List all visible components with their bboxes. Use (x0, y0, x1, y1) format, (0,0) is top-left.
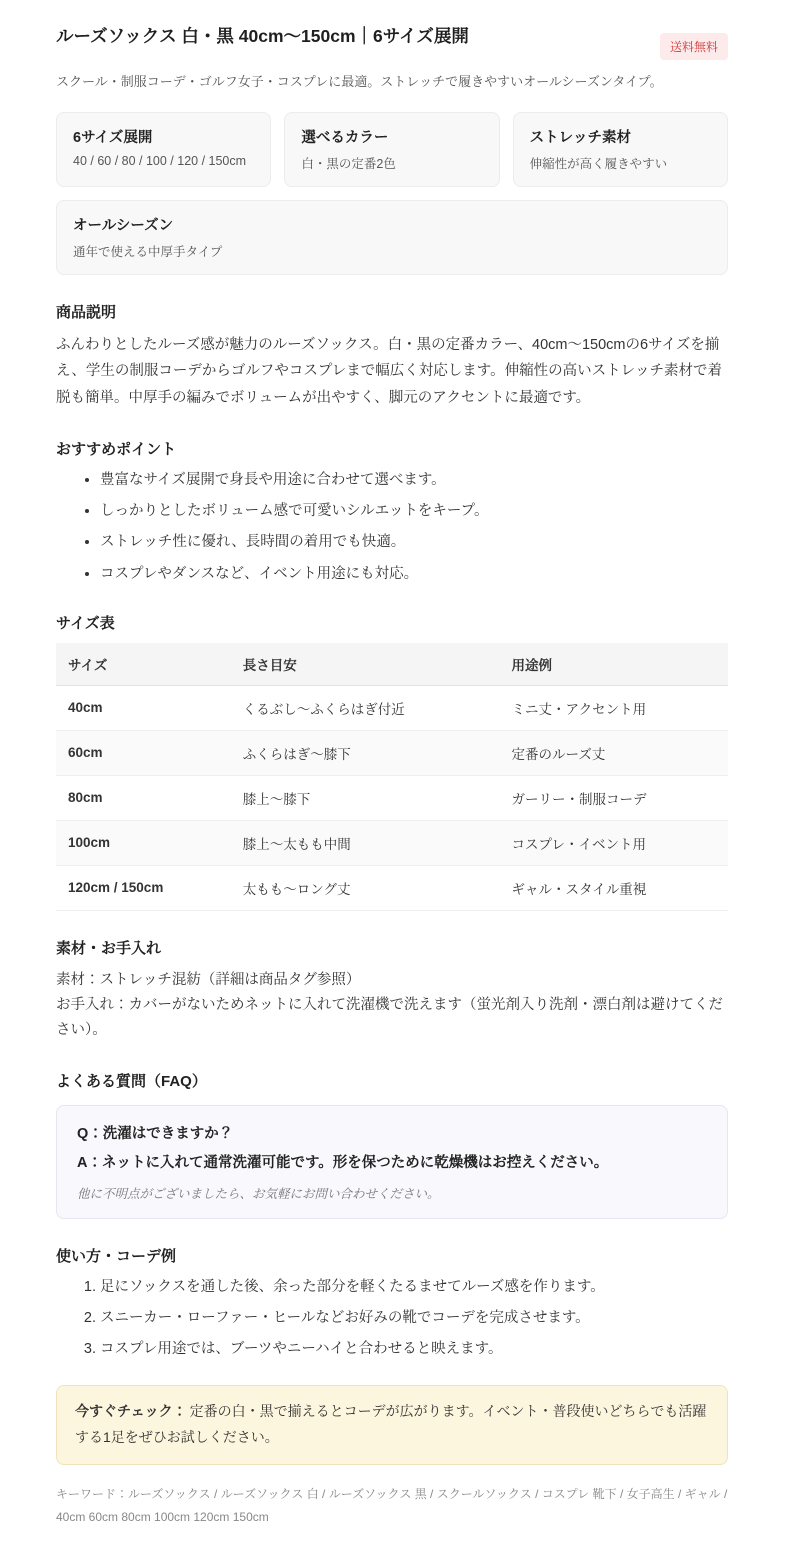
faq-question: Q：洗濯はできますか？ (77, 1122, 707, 1143)
feature-card-all-season: オールシーズン 通年で使える中厚手タイプ (56, 200, 728, 275)
section-heading-size-table: サイズ表 (56, 612, 728, 633)
table-cell-usage: ガーリー・制服コーデ (500, 775, 728, 820)
table-cell-length: くるぶし～ふくらはぎ付近 (231, 685, 500, 730)
feature-card-title: 選べるカラー (301, 126, 482, 147)
table-cell-usage: ミニ丈・アクセント用 (500, 685, 728, 730)
usage-step: コスプレ用途では、ブーツやニーハイと合わせると映えます。 (100, 1338, 728, 1361)
table-cell-size: 100cm (56, 820, 231, 865)
table-row: 40cm くるぶし～ふくらはぎ付近 ミニ丈・アクセント用 (56, 685, 728, 730)
table-cell-length: 膝上～太もも中間 (231, 820, 500, 865)
feature-card-title: オールシーズン (73, 214, 711, 235)
feature-card-sizes: 6サイズ展開 40 / 60 / 80 / 100 / 120 / 150cm (56, 112, 271, 187)
feature-card-stretch: ストレッチ素材 伸縮性が高く履きやすい (513, 112, 728, 187)
feature-card-title: 6サイズ展開 (73, 126, 254, 147)
page-subtitle: スクール・制服コーデ・ゴルフ女子・コスプレに最適。ストレッチで履きやすいオールシ… (56, 72, 728, 92)
table-cell-size: 40cm (56, 685, 231, 730)
free-shipping-badge: 送料無料 (660, 33, 728, 60)
usage-step: 足にソックスを通した後、余った部分を軽くたるませてルーズ感を作ります。 (100, 1276, 728, 1299)
feature-card-colors: 選べるカラー 白・黒の定番2色 (284, 112, 499, 187)
table-cell-size: 80cm (56, 775, 231, 820)
product-description-page: ルーズソックス 白・黒 40cm～150cm｜6サイズ展開 送料無料 スクール・… (56, 0, 728, 1543)
table-cell-usage: 定番のルーズ丈 (500, 730, 728, 775)
feature-card-desc: 通年で使える中厚手タイプ (73, 242, 711, 260)
feature-card-desc: 伸縮性が高く履きやすい (530, 154, 711, 172)
usage-steps-list: 足にソックスを通した後、余った部分を軽くたるませてルーズ感を作ります。 スニーカ… (56, 1276, 728, 1362)
care-washing-line: お手入れ：カバーがないためネットに入れて洗濯機で洗えます（蛍光剤入り洗剤・漂白剤… (56, 993, 728, 1044)
feature-card-title: ストレッチ素材 (530, 126, 711, 147)
table-cell-length: ふくらはぎ～膝下 (231, 730, 500, 775)
table-header-cell-usage: 用途例 (500, 643, 728, 686)
page-title: ルーズソックス 白・黒 40cm～150cm｜6サイズ展開 (56, 25, 469, 49)
table-row: 100cm 膝上～太もも中間 コスプレ・イベント用 (56, 820, 728, 865)
cta-label: 今すぐチェック： (75, 1403, 187, 1419)
table-cell-usage: コスプレ・イベント用 (500, 820, 728, 865)
table-header-cell-size: サイズ (56, 643, 231, 686)
table-row: 60cm ふくらはぎ～膝下 定番のルーズ丈 (56, 730, 728, 775)
table-cell-size: 120cm / 150cm (56, 865, 231, 910)
point-item: ストレッチ性に優れ、長時間の着用でも快適。 (100, 531, 728, 554)
cta-box: 今すぐチェック：定番の白・黒で揃えるとコーデが広がります。イベント・普段使いどち… (56, 1385, 728, 1465)
point-item: しっかりとしたボリューム感で可愛いシルエットをキープ。 (100, 500, 728, 523)
table-cell-usage: ギャル・スタイル重視 (500, 865, 728, 910)
feature-cards: 6サイズ展開 40 / 60 / 80 / 100 / 120 / 150cm … (56, 112, 728, 275)
page-header: ルーズソックス 白・黒 40cm～150cm｜6サイズ展開 送料無料 (56, 25, 728, 60)
table-cell-length: 膝上～膝下 (231, 775, 500, 820)
table-cell-size: 60cm (56, 730, 231, 775)
table-cell-length: 太もも～ロング丈 (231, 865, 500, 910)
faq-answer: A：ネットに入れて通常洗濯可能です。形を保つために乾燥機はお控えください。 (77, 1151, 707, 1172)
section-heading-usage: 使い方・コーデ例 (56, 1245, 728, 1266)
size-table: サイズ 長さ目安 用途例 40cm くるぶし～ふくらはぎ付近 ミニ丈・アクセント… (56, 643, 728, 911)
point-item: コスプレやダンスなど、イベント用途にも対応。 (100, 563, 728, 586)
faq-note: 他に不明点がございましたら、お気軽にお問い合わせください。 (77, 1184, 707, 1202)
size-table-header-row: サイズ 長さ目安 用途例 (56, 643, 728, 686)
section-heading-care: 素材・お手入れ (56, 937, 728, 958)
section-heading-points: おすすめポイント (56, 438, 728, 459)
point-item: 豊富なサイズ展開で身長や用途に合わせて選べます。 (100, 469, 728, 492)
keywords-text: キーワード：ルーズソックス / ルーズソックス 白 / ルーズソックス 黒 / … (56, 1483, 728, 1529)
table-row: 80cm 膝上～膝下 ガーリー・制服コーデ (56, 775, 728, 820)
faq-box: Q：洗濯はできますか？ A：ネットに入れて通常洗濯可能です。形を保つために乾燥機… (56, 1105, 728, 1219)
care-material-line: 素材：ストレッチ混紡（詳細は商品タグ参照） (56, 968, 728, 993)
feature-card-desc: 白・黒の定番2色 (301, 154, 482, 172)
description-text: ふんわりとしたルーズ感が魅力のルーズソックス。白・黒の定番カラー、40cm～15… (56, 332, 728, 412)
usage-step: スニーカー・ローファー・ヒールなどお好みの靴でコーデを完成させます。 (100, 1307, 728, 1330)
section-heading-description: 商品説明 (56, 301, 728, 322)
points-list: 豊富なサイズ展開で身長や用途に合わせて選べます。 しっかりとしたボリューム感で可… (56, 469, 728, 586)
table-row: 120cm / 150cm 太もも～ロング丈 ギャル・スタイル重視 (56, 865, 728, 910)
table-header-cell-length: 長さ目安 (231, 643, 500, 686)
feature-card-desc: 40 / 60 / 80 / 100 / 120 / 150cm (73, 154, 254, 168)
section-heading-faq: よくある質問（FAQ） (56, 1070, 728, 1091)
